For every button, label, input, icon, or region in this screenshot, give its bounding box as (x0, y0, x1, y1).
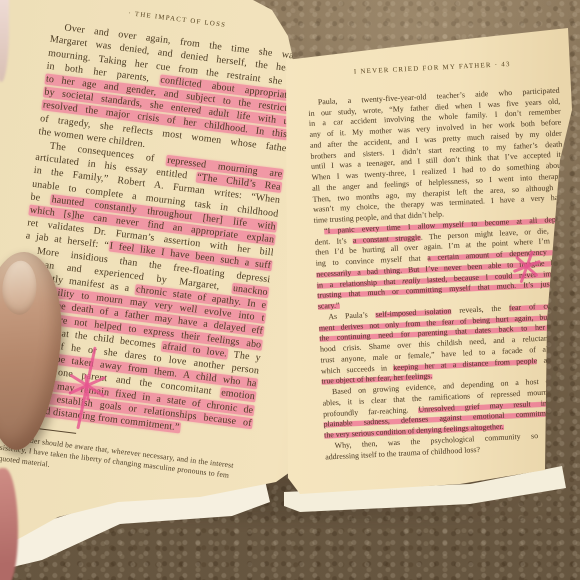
thumbnail-nail (1, 260, 39, 316)
left-page-text: · THE IMPACT OF LOSS Over and over again… (0, 0, 301, 494)
right-running-header: I NEVER CRIED FOR MY FATHER · 43 (306, 52, 559, 81)
pink-asterisk-mark-left (60, 344, 113, 432)
footnote: §The reader should be aware that, wherev… (0, 430, 248, 494)
book-photo-scene: · THE IMPACT OF LOSS Over and over again… (0, 0, 580, 580)
